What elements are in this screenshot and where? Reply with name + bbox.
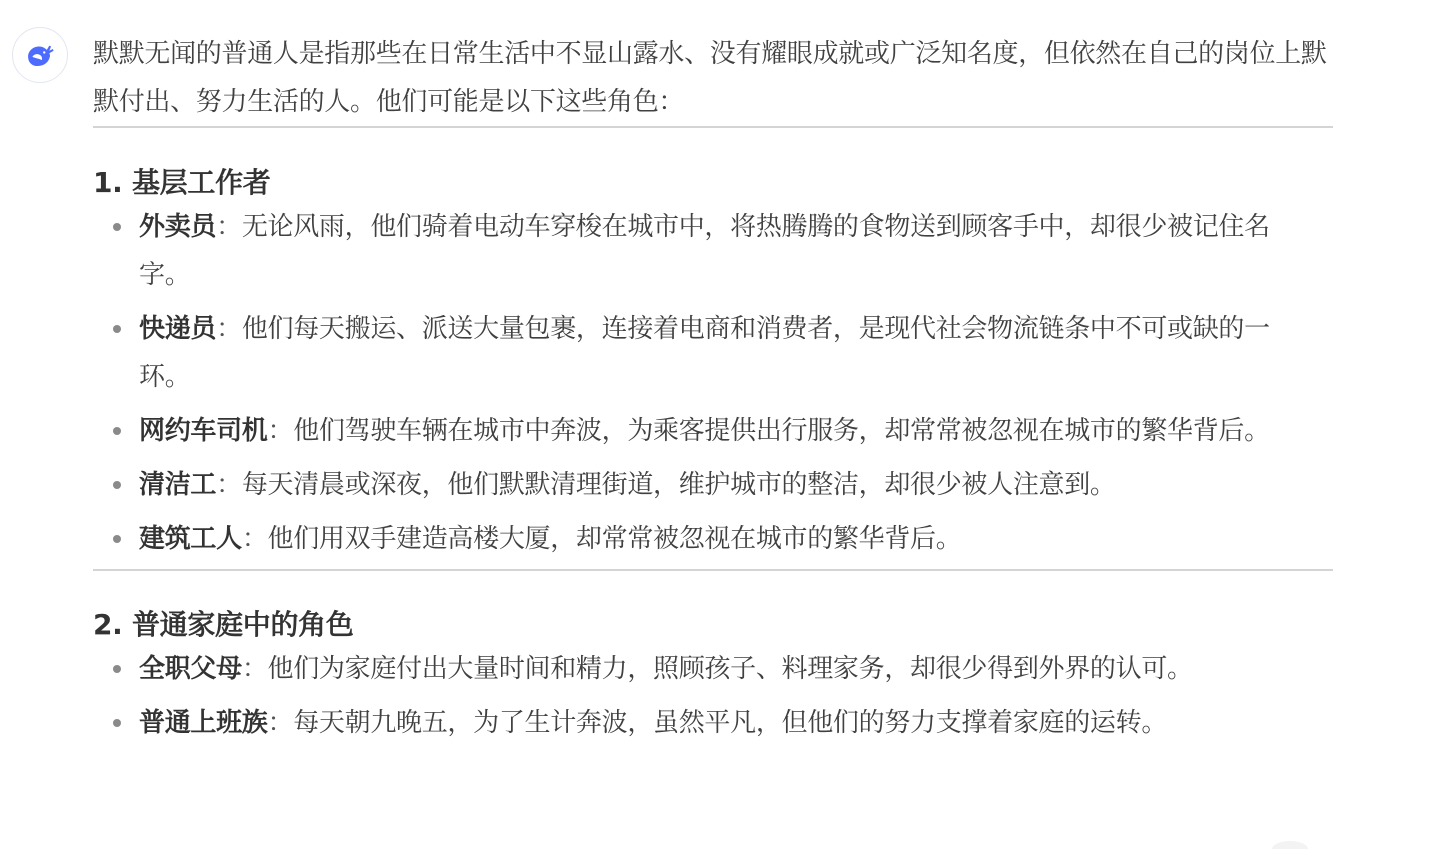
item-description: 他们每天搬运、派送大量包裹，连接着电商和消费者，是现代社会物流链条中不可或缺的一… bbox=[139, 314, 1270, 392]
list-item: 清洁工：每天清晨或深夜，他们默默清理街道，维护城市的整洁，却很少被人注意到。 bbox=[93, 461, 1303, 509]
item-term: 清洁工 bbox=[139, 470, 216, 500]
item-description: 每天清晨或深夜，他们默默清理街道，维护城市的整洁，却很少被人注意到。 bbox=[242, 470, 1116, 500]
assistant-avatar bbox=[12, 27, 68, 83]
item-term: 网约车司机 bbox=[139, 416, 268, 446]
family-roles-list: 全职父母：他们为家庭付出大量时间和精力，照顾孩子、料理家务，却很少得到外界的认可… bbox=[93, 645, 1333, 747]
scroll-button-edge[interactable] bbox=[1272, 841, 1308, 849]
item-term: 普通上班族 bbox=[139, 708, 268, 738]
list-item: 网约车司机：他们驾驶车辆在城市中奔波，为乘客提供出行服务，却常常被忽视在城市的繁… bbox=[93, 407, 1303, 455]
item-description: 他们驾驶车辆在城市中奔波，为乘客提供出行服务，却常常被忽视在城市的繁华背后。 bbox=[293, 416, 1270, 446]
item-term: 全职父母 bbox=[139, 654, 242, 684]
section-heading-grassroots-workers: 1. 基层工作者 bbox=[93, 163, 1333, 203]
deepseek-whale-icon bbox=[23, 38, 57, 72]
list-item: 建筑工人：他们用双手建造高楼大厦，却常常被忽视在城市的繁华背后。 bbox=[93, 515, 1303, 563]
section-heading-family-roles: 2. 普通家庭中的角色 bbox=[93, 605, 1333, 645]
item-description: 他们为家庭付出大量时间和精力，照顾孩子、料理家务，却很少得到外界的认可。 bbox=[268, 654, 1193, 684]
list-item: 全职父母：他们为家庭付出大量时间和精力，照顾孩子、料理家务，却很少得到外界的认可… bbox=[93, 645, 1333, 693]
item-term: 快递员 bbox=[139, 314, 216, 344]
divider bbox=[93, 569, 1333, 571]
list-item: 快递员：他们每天搬运、派送大量包裹，连接着电商和消费者，是现代社会物流链条中不可… bbox=[93, 305, 1303, 401]
list-item: 普通上班族：每天朝九晚五，为了生计奔波，虽然平凡，但他们的努力支撑着家庭的运转。 bbox=[93, 699, 1333, 747]
intro-paragraph: 默默无闻的普通人是指那些在日常生活中不显山露水、没有耀眼成就或广泛知名度，但依然… bbox=[93, 30, 1333, 126]
grassroots-workers-list: 外卖员：无论风雨，他们骑着电动车穿梭在城市中，将热腾腾的食物送到顾客手中，却很少… bbox=[93, 203, 1303, 563]
item-term: 外卖员 bbox=[139, 212, 216, 242]
item-term: 建筑工人 bbox=[139, 524, 242, 554]
divider bbox=[93, 126, 1333, 128]
item-description: 他们用双手建造高楼大厦，却常常被忽视在城市的繁华背后。 bbox=[268, 524, 962, 554]
item-description: 每天朝九晚五，为了生计奔波，虽然平凡，但他们的努力支撑着家庭的运转。 bbox=[293, 708, 1167, 738]
item-description: 无论风雨，他们骑着电动车穿梭在城市中，将热腾腾的食物送到顾客手中，却很少被记住名… bbox=[139, 212, 1270, 290]
list-item: 外卖员：无论风雨，他们骑着电动车穿梭在城市中，将热腾腾的食物送到顾客手中，却很少… bbox=[93, 203, 1303, 299]
assistant-message: 默默无闻的普通人是指那些在日常生活中不显山露水、没有耀眼成就或广泛知名度，但依然… bbox=[93, 30, 1333, 753]
